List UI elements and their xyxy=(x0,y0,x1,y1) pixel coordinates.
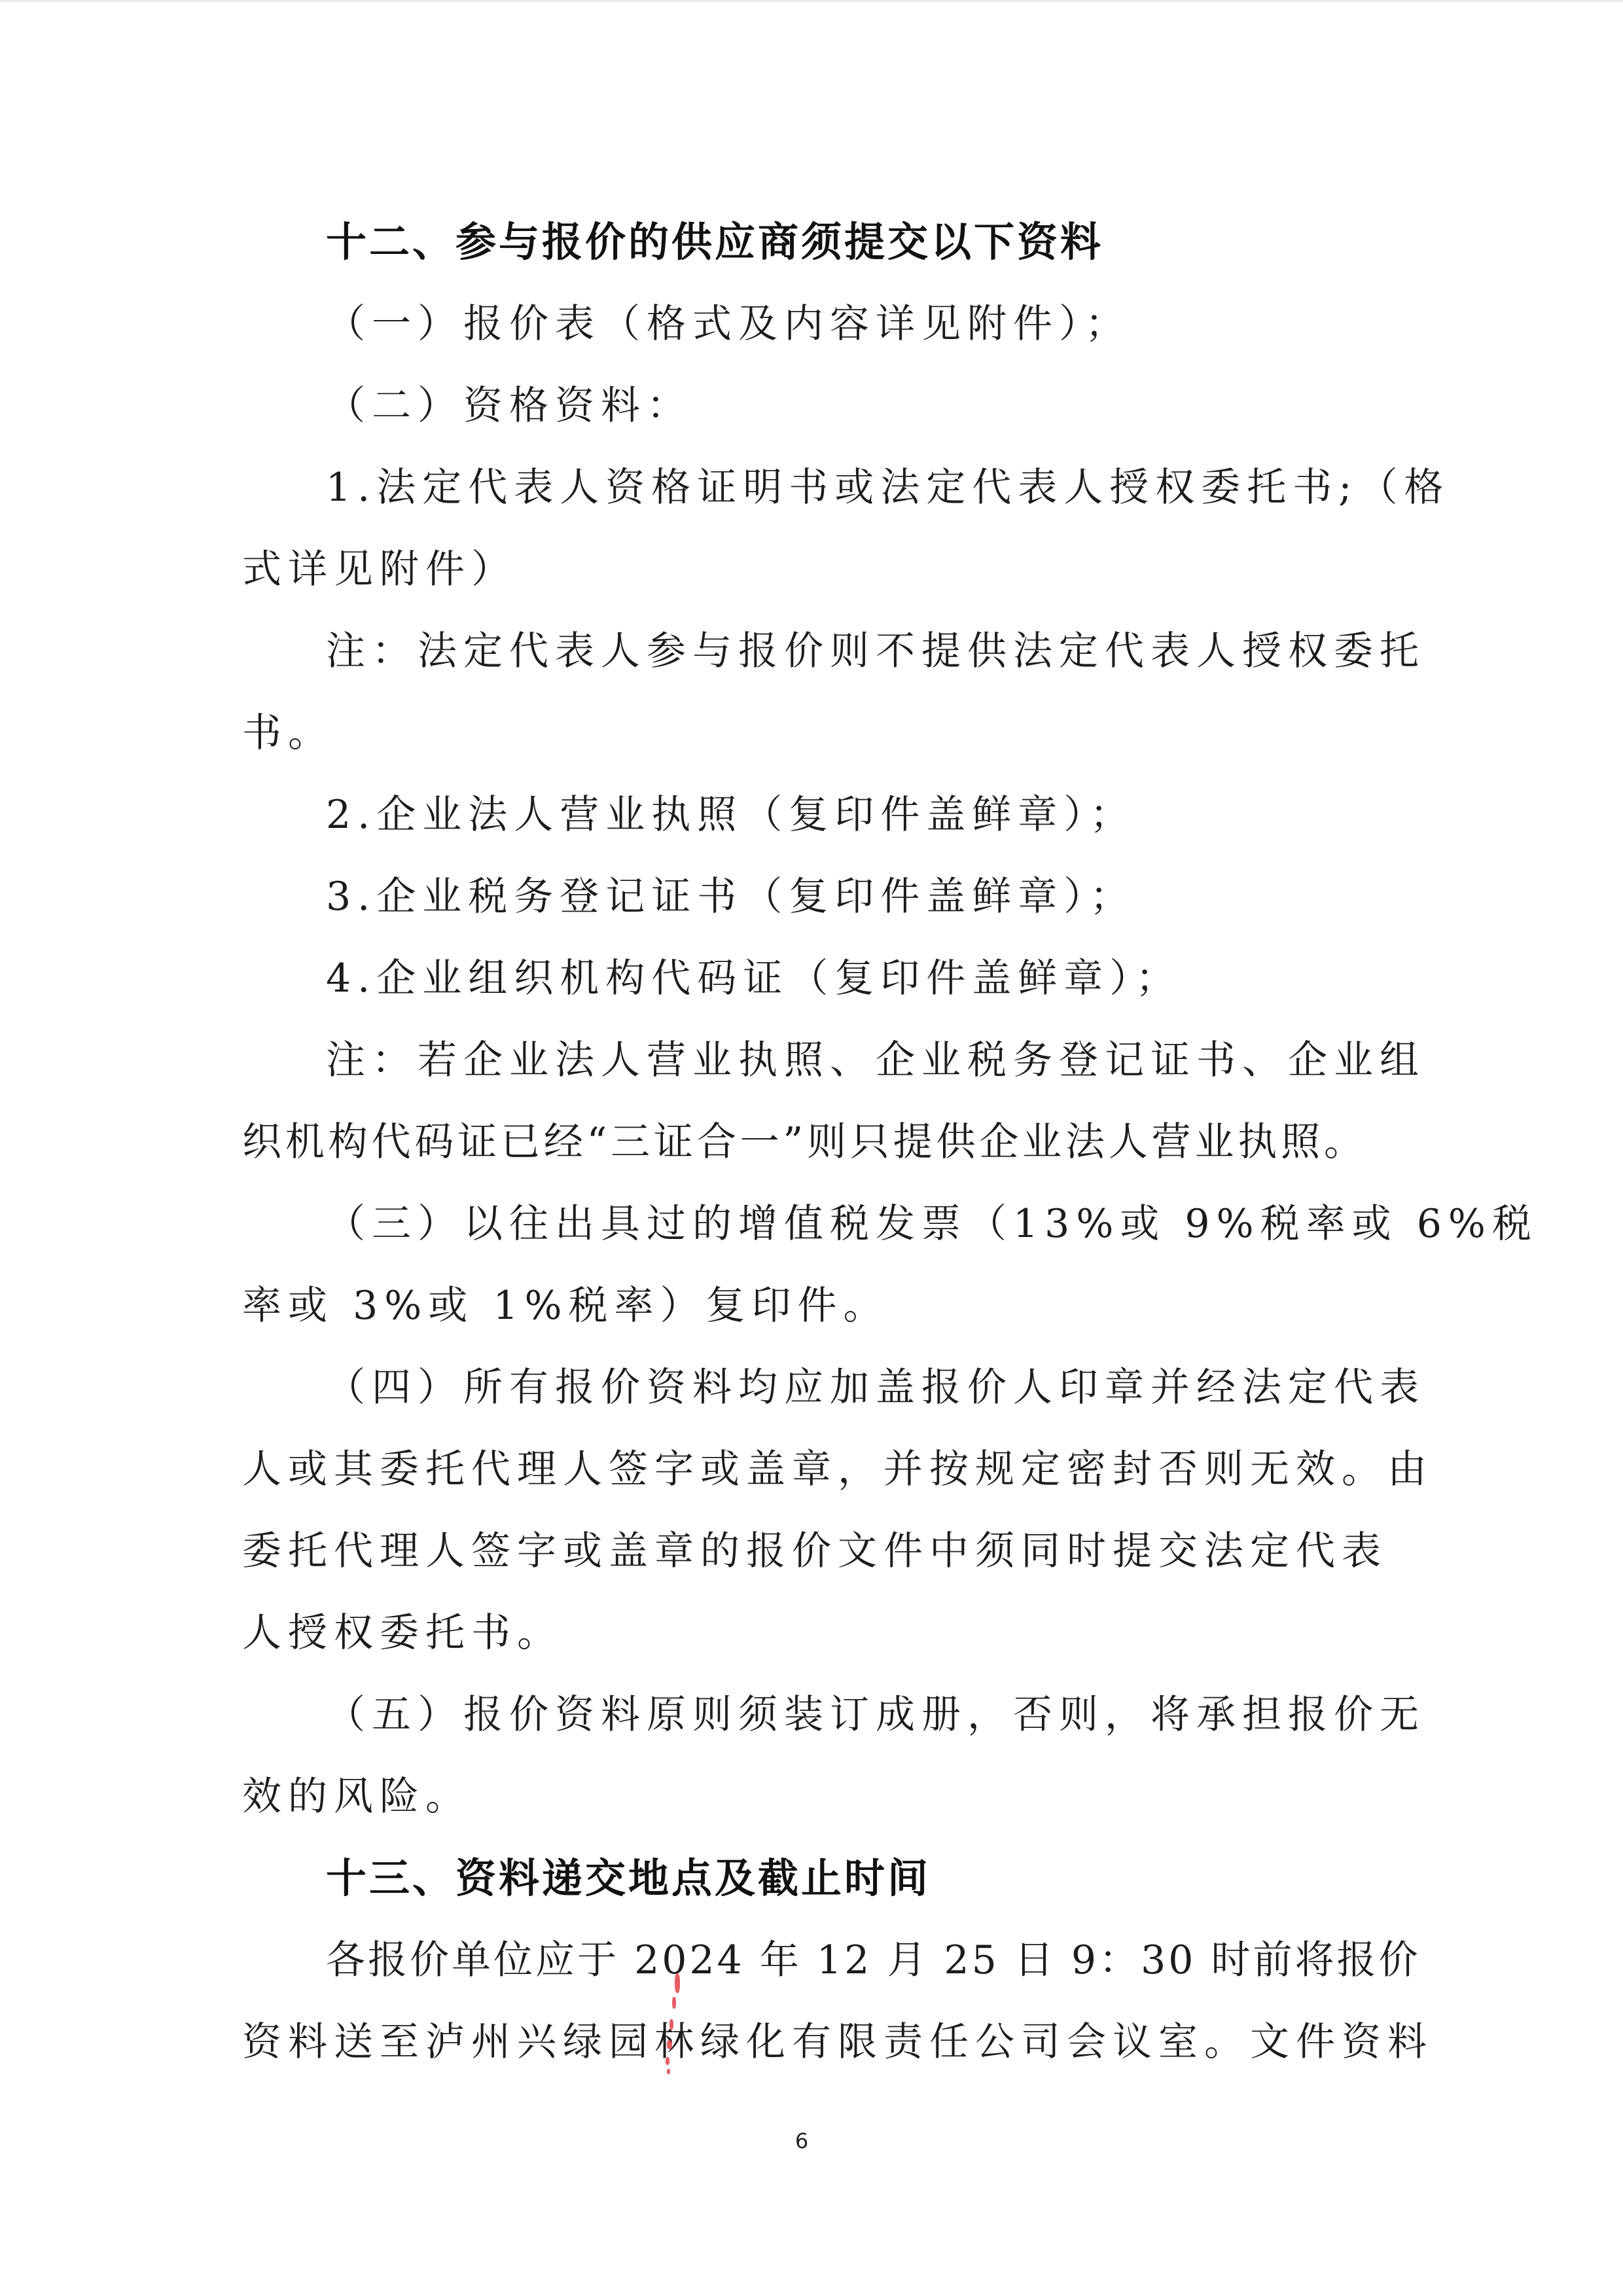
item-3: 3.企业税务登记证书（复印件盖鲜章）； xyxy=(326,870,1364,923)
item-1-line-1: 1.法定代表人资格证明书或法定代表人授权委托书;（格 xyxy=(326,461,1364,514)
paragraph-quote-form: （一）报价表（格式及内容详见附件）； xyxy=(326,298,1364,350)
item-1-line-2: 式详见附件） xyxy=(242,543,1364,596)
seal-line-2: 人或其委托代理人签字或盖章，并按规定密封否则无效。由 xyxy=(242,1443,1364,1496)
item-4: 4.企业组织机构代码证（复印件盖鲜章）； xyxy=(326,952,1364,1005)
submission-line-2: 资料送至泸州兴绿园林绿化有限责任公司会议室。文件资料 xyxy=(242,2016,1364,2068)
invoice-line-2: 率或 3%或 1%税率）复印件。 xyxy=(242,1280,1364,1332)
scan-edge xyxy=(0,0,1623,4)
submission-line-1: 各报价单位应于 2024 年 12 月 25 日 9：30 时前将报价 xyxy=(326,1934,1364,1986)
binding-line-2: 效的风险。 xyxy=(242,1770,1364,1823)
seal-line-3: 委托代理人签字或盖章的报价文件中须同时提交法定代表 xyxy=(242,1525,1364,1577)
note-1-line-1: 注：法定代表人参与报价则不提供法定代表人授权委托 xyxy=(326,625,1364,677)
section-heading-12: 十二、参与报价的供应商须提交以下资料 xyxy=(326,216,1364,268)
seal-line-4: 人授权委托书。 xyxy=(242,1607,1364,1659)
note-2-line-1: 注：若企业法人营业执照、企业税务登记证书、企业组 xyxy=(326,1034,1364,1086)
note-2-line-2: 织机构代码证已经“三证合一”则只提供企业法人营业执照。 xyxy=(242,1116,1364,1168)
document-page: 十二、参与报价的供应商须提交以下资料 （一）报价表（格式及内容详见附件）； （二… xyxy=(0,0,1623,2296)
item-2: 2.企业法人营业执照（复印件盖鲜章）； xyxy=(326,789,1364,841)
section-heading-13: 十三、资料递交地点及截止时间 xyxy=(326,1852,1364,1905)
note-1-line-2: 书。 xyxy=(242,707,1364,759)
seal-line-1: （四）所有报价资料均应加盖报价人印章并经法定代表 xyxy=(326,1361,1364,1414)
invoice-line-1: （三）以往出具过的增值税发票（13%或 9%税率或 6%税 xyxy=(326,1198,1364,1250)
page-number: 6 xyxy=(789,2128,815,2153)
paragraph-qualification: （二）资格资料： xyxy=(326,380,1364,432)
binding-line-1: （五）报价资料原则须装订成册，否则，将承担报价无 xyxy=(326,1689,1364,1741)
